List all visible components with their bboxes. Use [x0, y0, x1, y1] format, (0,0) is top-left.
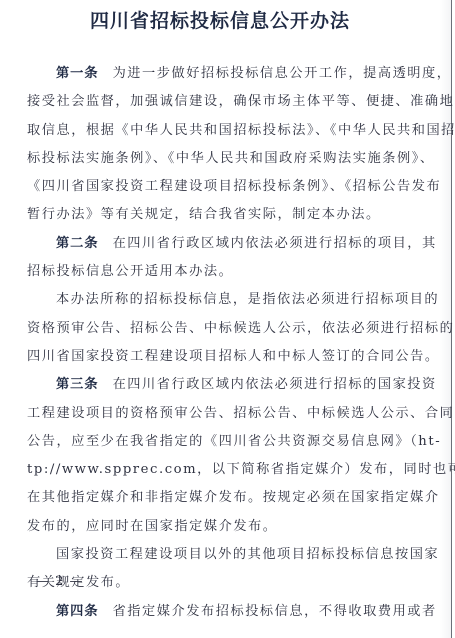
paragraph-line: 第二条在四川省行政区域内依法必须进行招标的项目，其: [27, 230, 411, 258]
paragraph-line: 工程建设项目的资格预审公告、招标公告、中标候选人公示、合同: [27, 400, 411, 428]
paragraph-line: 在其他指定媒介和非指定媒介发布。按规定必须在国家指定媒介: [27, 484, 411, 512]
document-title: 四川省招标投标信息公开办法: [0, 6, 440, 33]
paragraph-line: 发布的，应同时在国家指定媒介发布。: [27, 513, 411, 541]
paragraph-line: 《四川省国家投资工程建设项目招标投标条例》、《招标公告发布: [27, 173, 411, 201]
paragraph-line: 取信息，根据《中华人民共和国招标投标法》、《中华人民共和国招: [27, 117, 411, 145]
document-body: 第一条为进一步做好招标投标信息公开工作，提高透明度， 接受社会监督，加强诚信建设…: [27, 60, 411, 626]
paragraph-line: 四川省国家投资工程建设项目招标人和中标人签订的合同公告。: [27, 343, 411, 371]
paragraph-line: 第一条为进一步做好招标投标信息公开工作，提高透明度，: [27, 60, 411, 88]
paragraph-line: 暂行办法》等有关规定，结合我省实际，制定本办法。: [27, 201, 411, 229]
article-number: 第二条: [56, 236, 99, 251]
paragraph-line: 公告，应至少在我省指定的《四川省公共资源交易信息网》（ht-: [27, 428, 411, 456]
paragraph-line: 资格预审公告、招标公告、中标候选人公示，依法必须进行招标的: [27, 315, 411, 343]
paragraph-line: 招标投标信息公开适用本办法。: [27, 258, 411, 286]
paragraph-line: 有关规定发布。: [27, 569, 411, 597]
article-number: 第一条: [56, 66, 99, 81]
paragraph-line: 国家投资工程建设项目以外的其他项目招标投标信息按国家: [27, 541, 411, 569]
paragraph-line: 本办法所称的招标投标信息，是指依法必须进行招标项目的: [27, 286, 411, 314]
page-number: — 2 —: [36, 574, 84, 589]
paragraph-line: 接受社会监督，加强诚信建设，确保市场主体平等、便捷、准确地获: [27, 88, 411, 116]
document-page: 四川省招标投标信息公开办法 第一条为进一步做好招标投标信息公开工作，提高透明度，…: [0, 0, 455, 638]
paragraph-line: 第三条在四川省行政区域内依法必须进行招标的国家投资: [27, 371, 411, 399]
paragraph-line: 标投标法实施条例》、《中华人民共和国政府采购法实施条例》、: [27, 145, 411, 173]
paragraph-line: 第四条省指定媒介发布招标投标信息，不得收取费用或者: [27, 598, 411, 626]
paragraph-line: tp://www.spprec.com，以下简称省指定媒介）发布，同时也可自愿: [27, 456, 411, 484]
article-number: 第四条: [56, 604, 99, 619]
article-number: 第三条: [56, 377, 99, 392]
